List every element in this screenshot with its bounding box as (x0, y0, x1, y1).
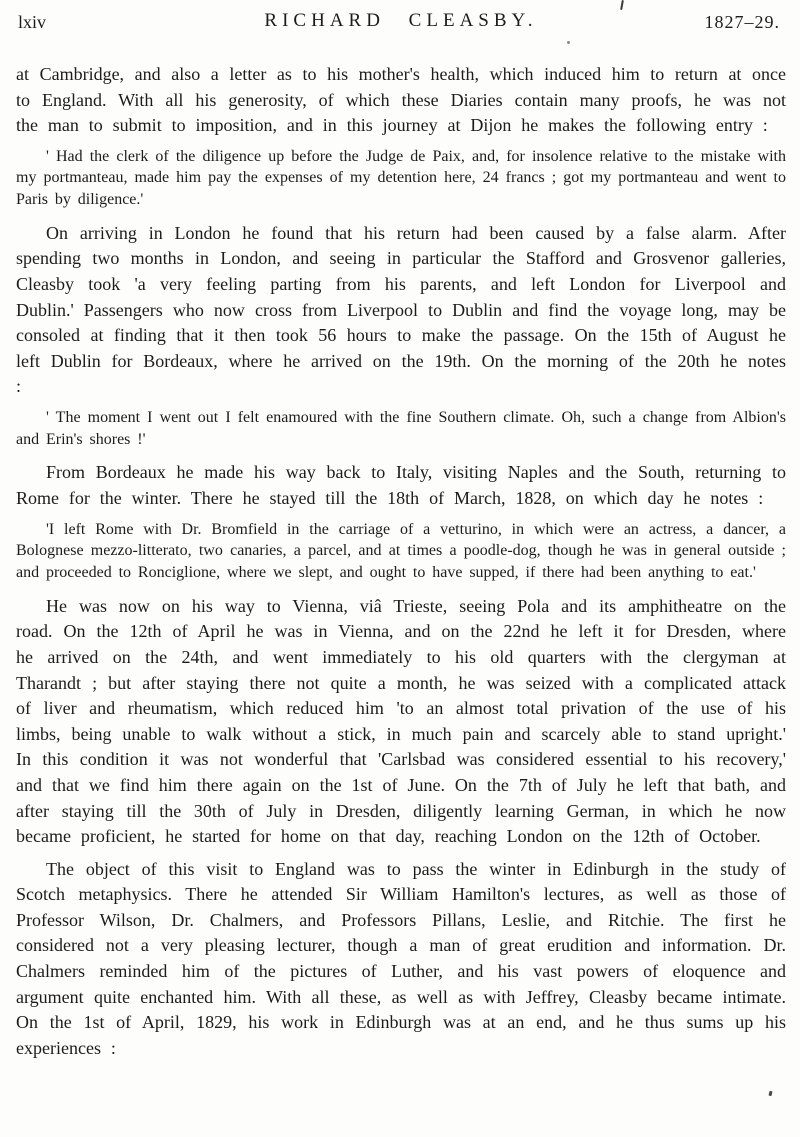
block-quote: 'I left Rome with Dr. Bromfield in the c… (16, 519, 786, 584)
book-page: lxiv RICHARD CLEASBY. 1827–29. at Cambri… (0, 0, 800, 1137)
ink-mark (620, 0, 624, 10)
paragraph: The object of this visit to England was … (16, 857, 786, 1062)
block-quote: ' The moment I went out I felt enamoured… (16, 407, 786, 450)
ink-speck (567, 41, 570, 44)
page-body: at Cambridge, and also a letter as to hi… (16, 62, 786, 1061)
paragraph: at Cambridge, and also a letter as to hi… (16, 62, 786, 139)
paragraph: He was now on his way to Vienna, viâ Tri… (16, 594, 786, 850)
date-range: 1827–29. (705, 12, 781, 33)
block-quote: ' Had the clerk of the diligence up befo… (16, 146, 786, 211)
paragraph: On arriving in London he found that his … (16, 221, 786, 400)
paragraph: From Bordeaux he made his way back to It… (16, 460, 786, 511)
ink-speck (768, 1091, 772, 1097)
page-title: RICHARD CLEASBY. (16, 10, 786, 32)
running-head: lxiv RICHARD CLEASBY. 1827–29. (16, 10, 786, 40)
